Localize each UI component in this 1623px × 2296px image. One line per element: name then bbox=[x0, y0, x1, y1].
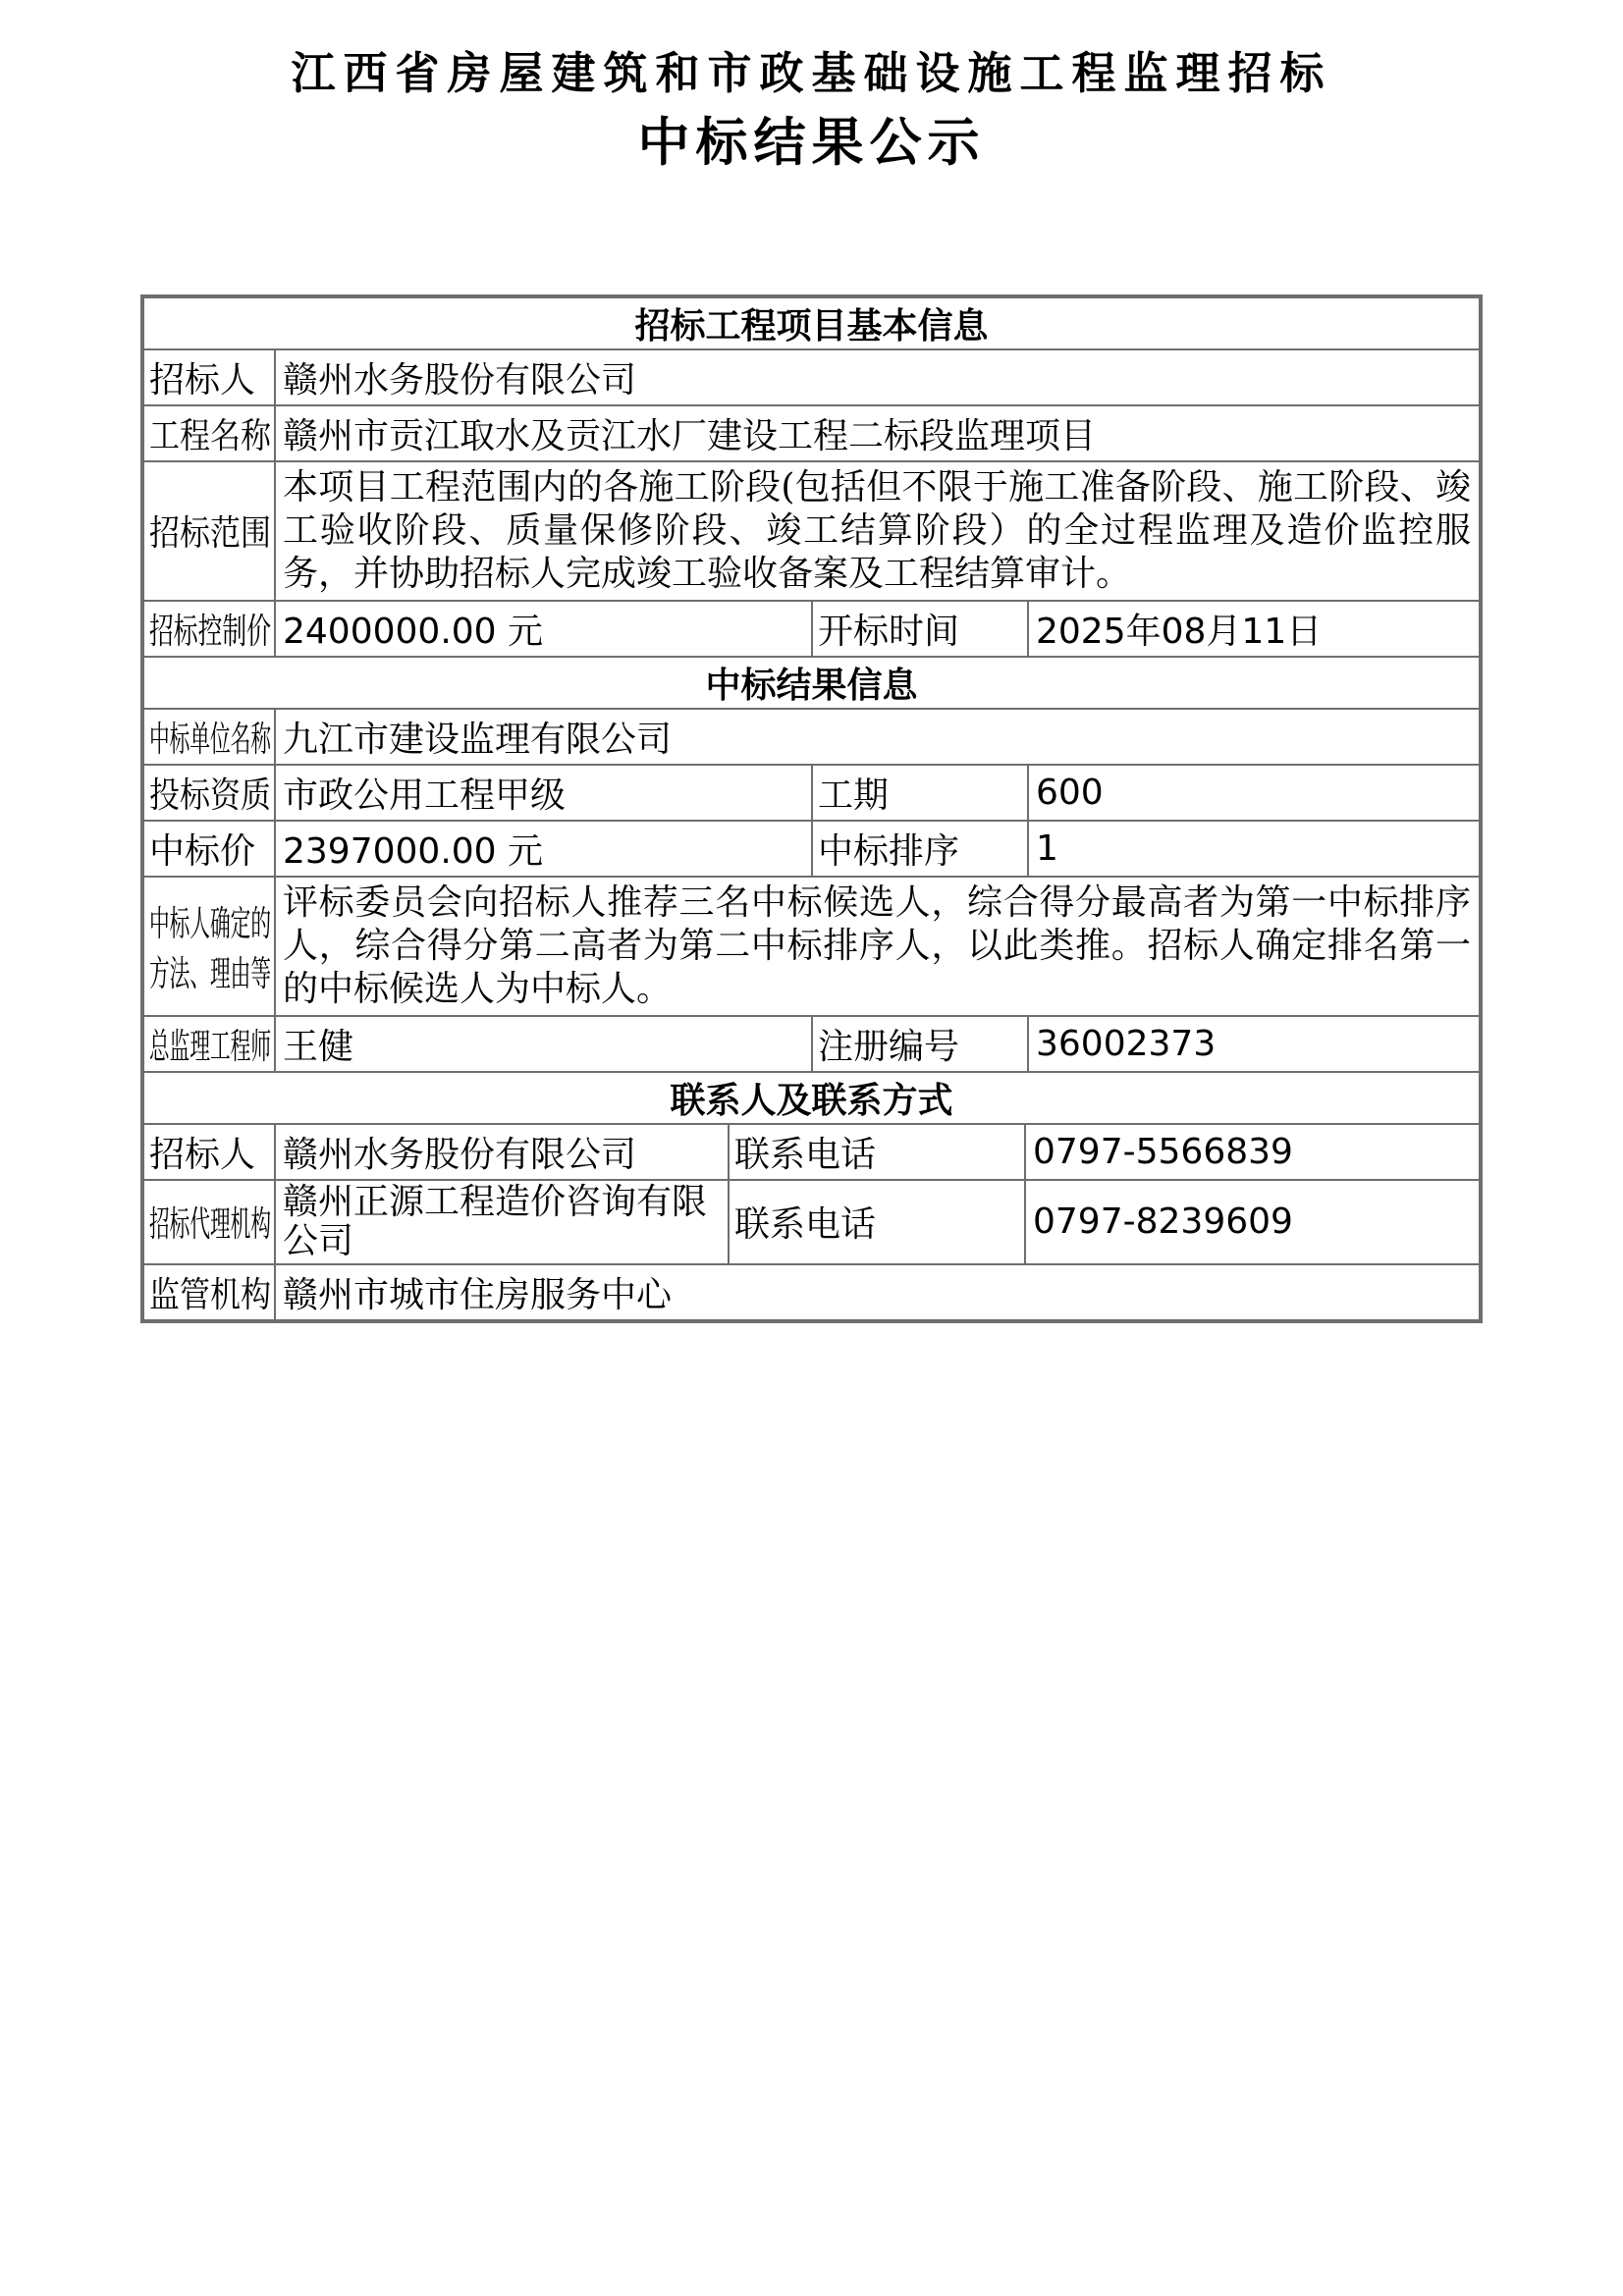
registration-no-value: 36002373 bbox=[1028, 1016, 1479, 1072]
section-header-basic-info: 招标工程项目基本信息 bbox=[144, 298, 1479, 349]
cell-label: 招标范围 bbox=[144, 461, 275, 601]
winning-price-value: 2397000.00 元 bbox=[275, 821, 812, 877]
duration-label: 工期 bbox=[818, 768, 889, 818]
table-row: 中标人确定的 方法、理由等 评标委员会向招标人推荐三名中标候选人，综合得分最高者… bbox=[144, 877, 1479, 1016]
contact-tenderee-label: 招标人 bbox=[149, 1127, 255, 1177]
method-value: 评标委员会向招标人推荐三名中标候选人，综合得分最高者为第一中标排序人，综合得分第… bbox=[275, 877, 1479, 1016]
chief-engineer-value: 王健 bbox=[275, 1016, 812, 1072]
project-name-value: 赣州市贡江取水及贡江水厂建设工程二标段监理项目 bbox=[275, 405, 1479, 461]
cell-label: 招标代理机构 bbox=[144, 1180, 275, 1264]
control-price-label: 招标控制价 bbox=[149, 604, 271, 654]
winner-name-value: 九江市建设监理有限公司 bbox=[275, 709, 1479, 765]
section-header-contact-info: 联系人及联系方式 bbox=[144, 1073, 1479, 1124]
document-title: 江西省房屋建筑和市政基础设施工程监理招标 bbox=[0, 49, 1623, 98]
table-row: 招标范围 本项目工程范围内的各施工阶段(包括但不限于施工准备阶段、施工阶段、竣工… bbox=[144, 461, 1479, 601]
cell-label: 招标人 bbox=[144, 1124, 275, 1180]
cell-label: 中标人确定的 方法、理由等 bbox=[144, 877, 275, 1016]
table-row: 投标资质 市政公用工程甲级 工期 600 bbox=[144, 765, 1479, 821]
cell-label: 中标单位名称 bbox=[144, 709, 275, 765]
contact-tenderee-value: 赣州水务股份有限公司 bbox=[275, 1124, 729, 1180]
bid-opening-time-label: 开标时间 bbox=[818, 604, 959, 654]
agency-label: 招标代理机构 bbox=[149, 1197, 271, 1247]
cell-label: 注册编号 bbox=[812, 1016, 1028, 1072]
agency-phone: 0797-8239609 bbox=[1025, 1180, 1479, 1264]
ranking-value: 1 bbox=[1028, 821, 1479, 877]
ranking-label: 中标排序 bbox=[818, 824, 959, 874]
bid-opening-time-value: 2025年08月11日 bbox=[1028, 601, 1479, 657]
table-row: 工程名称 赣州市贡江取水及贡江水厂建设工程二标段监理项目 bbox=[144, 405, 1479, 461]
cell-label: 开标时间 bbox=[812, 601, 1028, 657]
section-header-row: 中标结果信息 bbox=[144, 658, 1479, 709]
table-row: 中标价 2397000.00 元 中标排序 1 bbox=[144, 821, 1479, 877]
document-subtitle: 中标结果公示 bbox=[0, 114, 1623, 171]
contact-tenderee-phone-label: 联系电话 bbox=[734, 1127, 876, 1177]
agency-value: 赣州正源工程造价咨询有限公司 bbox=[275, 1180, 729, 1264]
cell-label: 总监理工程师 bbox=[144, 1016, 275, 1072]
method-label-line2: 方法、理由等 bbox=[149, 946, 219, 996]
supervisor-value: 赣州市城市住房服务中心 bbox=[275, 1264, 1479, 1319]
cell-label: 中标价 bbox=[144, 821, 275, 877]
cell-label: 联系电话 bbox=[729, 1180, 1025, 1264]
section-result-info: 中标结果信息 中标单位名称 九江市建设监理有限公司 投标资质 市政公用工程甲级 … bbox=[144, 658, 1479, 1073]
cell-label: 招标控制价 bbox=[144, 601, 275, 657]
section-header-row: 招标工程项目基本信息 bbox=[144, 298, 1479, 349]
announcement-table: 招标工程项目基本信息 招标人 赣州水务股份有限公司 工程名称 赣州市贡江取水及贡… bbox=[140, 294, 1483, 1323]
control-price-value: 2400000.00 元 bbox=[275, 601, 812, 657]
cell-label: 工期 bbox=[812, 765, 1028, 821]
duration-value: 600 bbox=[1028, 765, 1479, 821]
table-row: 招标控制价 2400000.00 元 开标时间 2025年08月11日 bbox=[144, 601, 1479, 657]
scope-label: 招标范围 bbox=[149, 506, 271, 556]
project-name-label: 工程名称 bbox=[149, 408, 271, 458]
section-contact-info: 联系人及联系方式 招标人 赣州水务股份有限公司 联系电话 0797-556683… bbox=[144, 1073, 1479, 1319]
table-row: 总监理工程师 王健 注册编号 36002373 bbox=[144, 1016, 1479, 1072]
tenderee-value: 赣州水务股份有限公司 bbox=[275, 349, 1479, 405]
cell-label: 招标人 bbox=[144, 349, 275, 405]
table-row: 招标人 赣州水务股份有限公司 bbox=[144, 349, 1479, 405]
qualification-label: 投标资质 bbox=[149, 768, 271, 818]
section-header-row: 联系人及联系方式 bbox=[144, 1073, 1479, 1124]
table-row: 中标单位名称 九江市建设监理有限公司 bbox=[144, 709, 1479, 765]
table-row: 监管机构 赣州市城市住房服务中心 bbox=[144, 1264, 1479, 1319]
contact-tenderee-phone: 0797-5566839 bbox=[1025, 1124, 1479, 1180]
winning-price-label: 中标价 bbox=[149, 824, 255, 874]
chief-engineer-label: 总监理工程师 bbox=[149, 1019, 271, 1069]
document-page: 江西省房屋建筑和市政基础设施工程监理招标 中标结果公示 招标工程项目基本信息 招… bbox=[0, 0, 1623, 2296]
scope-value: 本项目工程范围内的各施工阶段(包括但不限于施工准备阶段、施工阶段、竣工验收阶段、… bbox=[275, 461, 1479, 601]
cell-label: 监管机构 bbox=[144, 1264, 275, 1319]
registration-no-label: 注册编号 bbox=[818, 1019, 959, 1069]
supervisor-label: 监管机构 bbox=[149, 1267, 271, 1317]
cell-label: 中标排序 bbox=[812, 821, 1028, 877]
cell-label: 联系电话 bbox=[729, 1124, 1025, 1180]
method-label-line1: 中标人确定的 bbox=[149, 896, 219, 946]
table-row: 招标代理机构 赣州正源工程造价咨询有限公司 联系电话 0797-8239609 bbox=[144, 1180, 1479, 1264]
qualification-value: 市政公用工程甲级 bbox=[275, 765, 812, 821]
tenderee-label: 招标人 bbox=[149, 352, 255, 402]
cell-label: 工程名称 bbox=[144, 405, 275, 461]
cell-label: 投标资质 bbox=[144, 765, 275, 821]
table-row: 招标人 赣州水务股份有限公司 联系电话 0797-5566839 bbox=[144, 1124, 1479, 1180]
winner-name-label: 中标单位名称 bbox=[149, 712, 271, 762]
section-basic-info: 招标工程项目基本信息 招标人 赣州水务股份有限公司 工程名称 赣州市贡江取水及贡… bbox=[144, 298, 1479, 658]
section-header-result-info: 中标结果信息 bbox=[144, 658, 1479, 709]
agency-phone-label: 联系电话 bbox=[734, 1197, 876, 1247]
